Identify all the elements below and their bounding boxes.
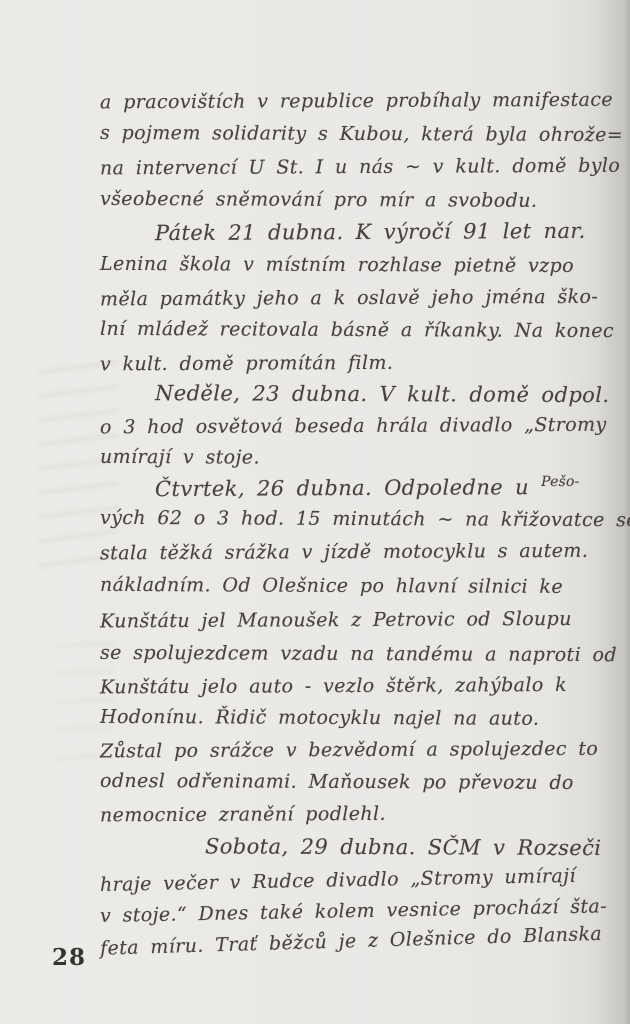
manuscript-line: na intervencí U St. I u nás ~ v kult. do… [100, 155, 620, 180]
manuscript-line: s pojmem solidarity s Kubou, která byla … [100, 122, 620, 146]
manuscript-line: Lenina škola v místním rozhlase pietně v… [100, 253, 620, 277]
manuscript-line: hraje večer v Rudce divadlo „Stromy umír… [100, 864, 620, 896]
manuscript-line: nákladním. Od Olešnice po hlavní silnici… [100, 574, 620, 598]
manuscript-line: Kunštátu jelo auto - vezlo štěrk, zahýba… [100, 674, 620, 699]
manuscript-line-date-heading: Čtvrtek, 26 dubna. Odpoledne u Pešo- [100, 475, 620, 502]
manuscript-line: odnesl odřeninami. Maňousek po převozu d… [100, 770, 620, 794]
manuscript-line: v kult. domě promítán film. [100, 351, 620, 376]
manuscript-line: v stoje.“ Dnes také kolem vesnice prochá… [100, 895, 620, 927]
manuscript-line-superscript: Pešo- [541, 474, 580, 490]
manuscript-line: nemocnice zranění podlehl. [100, 802, 620, 827]
manuscript-line: Kunštátu jel Manoušek z Petrovic od Slou… [100, 608, 620, 633]
manuscript-line-date-heading: Pátek 21 dubna. K výročí 91 let nar. [100, 219, 620, 246]
scanned-page: a pracovištích v republice probíhaly man… [0, 0, 630, 1024]
manuscript-line: měla památky jeho a k oslavě jeho jména … [100, 286, 620, 311]
manuscript-line: se spolujezdcem vzadu na tandému a napro… [100, 642, 620, 666]
manuscript-line: vých 62 o 3 hod. 15 minutách ~ na křižov… [100, 507, 620, 531]
manuscript-line-date-heading: Neděle, 23 dubna. V kult. domě odpol. [100, 381, 620, 407]
manuscript-line: všeobecné sněmování pro mír a svobodu. [100, 188, 620, 212]
manuscript-line: a pracovištích v republice probíhaly man… [100, 89, 620, 114]
manuscript-line: Zůstal po srážce v bezvědomí a spolujezd… [100, 738, 620, 763]
manuscript-line-date-heading: Sobota, 29 dubna. SČM v Rozseči [100, 834, 620, 860]
manuscript-line: Hodonínu. Řidič motocyklu najel na auto. [100, 706, 620, 730]
manuscript-line: umírají v stoje. [100, 446, 620, 470]
manuscript-line: stala těžká srážka v jízdě motocyklu s a… [100, 540, 620, 565]
manuscript-line-text: Čtvrtek, 26 dubna. Odpoledne u [155, 475, 541, 501]
manuscript-line: feta míru. Trať běžců je z Olešnice do B… [100, 922, 620, 959]
manuscript-text-block: a pracovištích v republice probíhaly man… [0, 0, 630, 1024]
manuscript-line: o 3 hod osvětová beseda hrála divadlo „S… [100, 414, 620, 439]
page-number: 28 [52, 944, 86, 971]
manuscript-line: lní mládež recitovala básně a říkanky. N… [100, 318, 620, 342]
